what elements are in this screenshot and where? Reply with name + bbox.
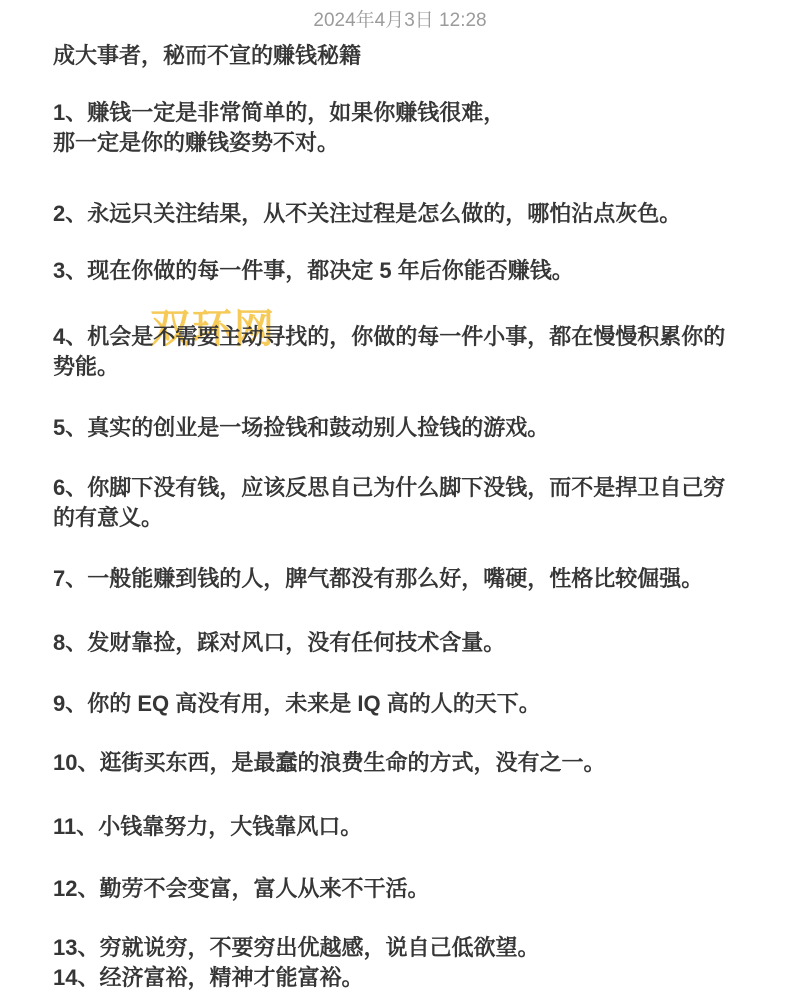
note-item-14: 14、经济富裕，精神才能富裕。 [53,963,747,993]
note-item-7: 7、一般能赚到钱的人，脾气都没有那么好，嘴硬，性格比较倔强。 [53,564,747,594]
note-item-11: 11、小钱靠努力，大钱靠风口。 [53,812,747,842]
note-item-line: 13、穷就说穷，不要穷出优越感，说自己低欲望。 [53,933,747,963]
note-item-13: 13、穷就说穷，不要穷出优越感，说自己低欲望。 [53,933,747,963]
note-item-line: 7、一般能赚到钱的人，脾气都没有那么好，嘴硬，性格比较倔强。 [53,564,747,594]
note-item-line: 势能。 [53,352,747,382]
note-item-10: 10、逛街买东西，是最蠢的浪费生命的方式，没有之一。 [53,748,747,778]
note-item-line: 那一定是你的赚钱姿势不对。 [53,128,747,158]
note-item-line: 9、你的 EQ 高没有用，未来是 IQ 高的人的天下。 [53,689,747,719]
note-item-line: 1、赚钱一定是非常简单的，如果你赚钱很难， [53,98,747,128]
note-title: 成大事者，秘而不宣的赚钱秘籍 [53,41,747,71]
timestamp: 2024年4月3日 12:28 [53,7,747,35]
note-item-12: 12、勤劳不会变富，富人从来不干活。 [53,874,747,904]
note-item-6: 6、你脚下没有钱，应该反思自己为什么脚下没钱，而不是捍卫自己穷 的有意义。 [53,473,747,533]
note-item-3: 3、现在你做的每一件事，都决定 5 年后你能否赚钱。 [53,256,747,286]
note-item-1: 1、赚钱一定是非常简单的，如果你赚钱很难， 那一定是你的赚钱姿势不对。 [53,98,747,158]
note-item-5: 5、真实的创业是一场捡钱和鼓动别人捡钱的游戏。 [53,413,747,443]
note-item-line: 6、你脚下没有钱，应该反思自己为什么脚下没钱，而不是捍卫自己穷 [53,473,747,503]
note-item-line: 2、永远只关注结果，从不关注过程是怎么做的，哪怕沾点灰色。 [53,199,747,229]
note-item-line: 5、真实的创业是一场捡钱和鼓动别人捡钱的游戏。 [53,413,747,443]
note-item-4: 4、机会是不需要主动寻找的，你做的每一件小事，都在慢慢积累你的 势能。 [53,322,747,382]
note-item-line: 11、小钱靠努力，大钱靠风口。 [53,812,747,842]
note-item-line: 的有意义。 [53,503,747,533]
note-item-line: 10、逛街买东西，是最蠢的浪费生命的方式，没有之一。 [53,748,747,778]
note-item-8: 8、发财靠捡，踩对风口，没有任何技术含量。 [53,628,747,658]
note-item-line: 4、机会是不需要主动寻找的，你做的每一件小事，都在慢慢积累你的 [53,322,747,352]
note-item-line: 14、经济富裕，精神才能富裕。 [53,963,747,993]
note-content: 2024年4月3日 12:28 成大事者，秘而不宣的赚钱秘籍 1、赚钱一定是非常… [0,0,800,993]
note-page: 双环网 2024年4月3日 12:28 成大事者，秘而不宣的赚钱秘籍 1、赚钱一… [0,0,800,1002]
note-item-line: 8、发财靠捡，踩对风口，没有任何技术含量。 [53,628,747,658]
note-item-9: 9、你的 EQ 高没有用，未来是 IQ 高的人的天下。 [53,689,747,719]
note-item-2: 2、永远只关注结果，从不关注过程是怎么做的，哪怕沾点灰色。 [53,199,747,229]
note-item-line: 3、现在你做的每一件事，都决定 5 年后你能否赚钱。 [53,256,747,286]
note-item-line: 12、勤劳不会变富，富人从来不干活。 [53,874,747,904]
